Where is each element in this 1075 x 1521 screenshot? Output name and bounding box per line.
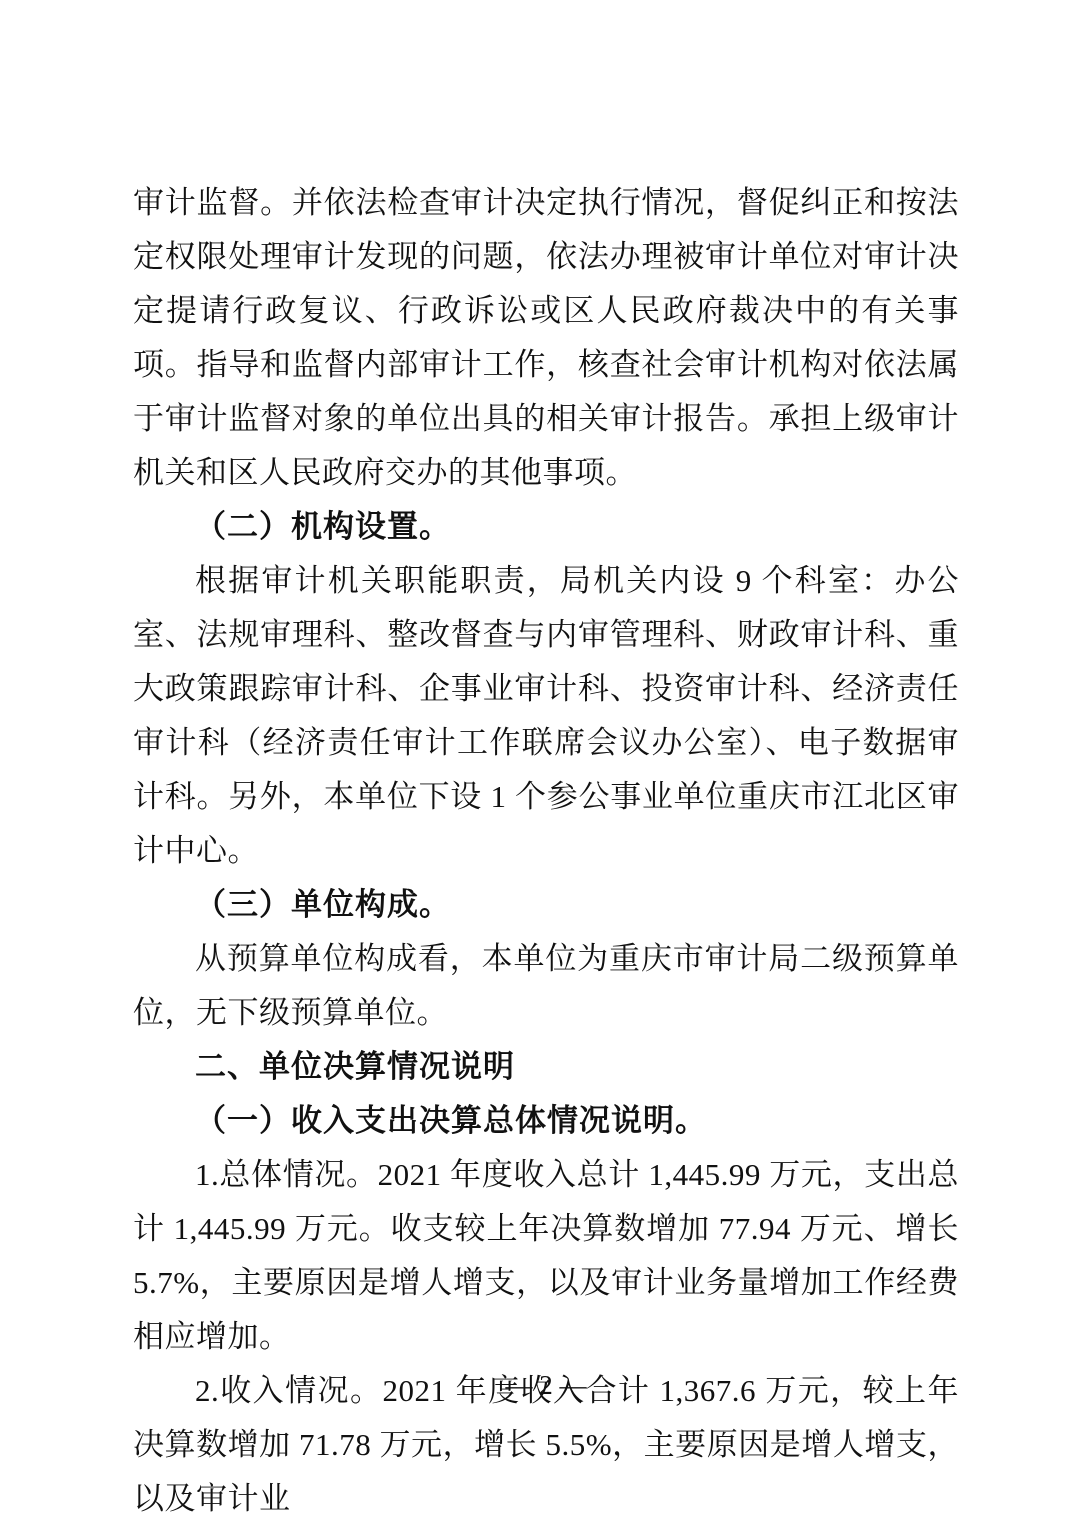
body-paragraph-continuation: 审计监督。并依法检查审计决定执行情况，督促纠正和按法定权限处理审计发现的问题，依… xyxy=(133,176,959,500)
body-paragraph-org-structure: 根据审计机关职能职责，局机关内设 9 个科室：办公室、法规审理科、整改督查与内审… xyxy=(133,554,959,878)
document-text-block: 审计监督。并依法检查审计决定执行情况，督促纠正和按法定权限处理审计发现的问题，依… xyxy=(133,176,959,1521)
section-heading-final-accounts: 二、单位决算情况说明 xyxy=(133,1040,959,1094)
document-page: 审计监督。并依法检查审计决定执行情况，督促纠正和按法定权限处理审计发现的问题，依… xyxy=(0,0,1075,1521)
body-paragraph-overall-situation: 1.总体情况。2021 年度收入总计 1,445.99 万元，支出总计 1,44… xyxy=(133,1148,959,1364)
page-number: — 2 — xyxy=(133,1368,959,1402)
subsection-heading-income-expenditure-overview: （一）收入支出决算总体情况说明。 xyxy=(133,1094,959,1148)
subsection-heading-unit-composition: （三）单位构成。 xyxy=(133,878,959,932)
body-paragraph-unit-composition: 从预算单位构成看，本单位为重庆市审计局二级预算单位，无下级预算单位。 xyxy=(133,932,959,1040)
subsection-heading-org-structure: （二）机构设置。 xyxy=(133,500,959,554)
